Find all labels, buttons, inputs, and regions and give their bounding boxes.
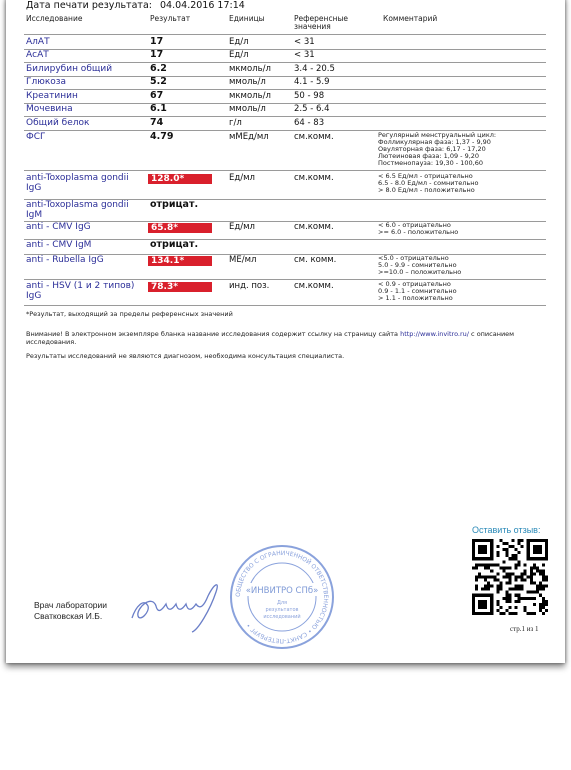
flagged-result: 78.3* (148, 282, 212, 292)
units-value: ммоль/л (229, 77, 266, 87)
comment-text: < 6.0 - отрицательно>= 6.0 - положительн… (378, 222, 458, 236)
comment-text: Регулярный менструальный цикл:Фолликуляр… (378, 132, 496, 167)
table-row: anti-Toxoplasma gondii IgMотрицат. (24, 200, 546, 222)
test-name-link[interactable]: АлАТ (26, 37, 146, 47)
row-divider (24, 305, 546, 306)
comment-text: < 6.5 Ед/мл - отрицательно6.5 - 8.0 Ед/м… (378, 173, 478, 194)
result-value: 74 (150, 118, 163, 128)
units-value: Ед/мл (229, 222, 255, 232)
test-name-link[interactable]: anti - CMV IgG (26, 222, 146, 232)
test-name-link[interactable]: Билирубин общий (26, 64, 146, 74)
reference-value: см.комм. (294, 173, 334, 183)
reference-value: см.комм. (294, 222, 334, 232)
row-divider (24, 279, 546, 280)
row-divider (24, 116, 546, 117)
test-name-link[interactable]: ФСГ (26, 132, 146, 142)
leave-review-label: Оставить отзыв: (472, 525, 540, 535)
units-value: мМЕд/мл (229, 132, 269, 142)
comment-line: Постменопауза: 19,30 - 100,60 (378, 160, 496, 167)
lab-report-sheet: Дата печати результата: 04.04.2016 17:14… (6, 0, 565, 663)
comment-line: >=10.0 – положительно (378, 269, 461, 276)
result-value: 4.79 (150, 132, 173, 142)
svg-text:Для: Для (277, 600, 287, 606)
svg-text:исследований: исследований (263, 613, 300, 620)
row-divider (24, 170, 546, 171)
result-value: отрицат. (150, 200, 198, 210)
doctor-signature-block: Врач лаборатории Сватковская И.Б. (34, 600, 107, 622)
result-value: отрицат. (150, 240, 198, 250)
result-value: 6.2 (150, 64, 167, 74)
units-value: Ед/л (229, 50, 249, 60)
qr-code-icon[interactable] (472, 539, 548, 615)
comment-text: < 0.9 - отрицательно0.9 - 1.1 - сомнител… (378, 281, 457, 302)
comment-line: >= 6.0 - положительно (378, 229, 458, 236)
print-date-value: 04.04.2016 17:14 (160, 0, 245, 11)
warning-note: Внимание! В электронном экземпляре бланк… (26, 330, 536, 346)
table-row: anti - CMV IgG65.8*Ед/млсм.комм.< 6.0 - … (24, 222, 546, 240)
row-divider (24, 89, 546, 90)
reference-value: см.комм. (294, 281, 334, 291)
table-row: ФСГ4.79мМЕд/млсм.комм.Регулярный менстру… (24, 132, 546, 171)
reference-value: 3.4 - 20.5 (294, 64, 335, 74)
test-name-link[interactable]: Общий белок (26, 118, 146, 128)
result-value: 17 (150, 50, 163, 60)
row-divider (24, 62, 546, 63)
units-value: Ед/л (229, 37, 249, 47)
result-value: 17 (150, 37, 163, 47)
test-name-link[interactable]: anti - HSV (1 и 2 типов) IgG (26, 281, 146, 301)
header-divider (24, 34, 546, 35)
reference-value: 50 - 98 (294, 91, 324, 101)
result-value: 5.2 (150, 77, 167, 87)
reference-value: 4.1 - 5.9 (294, 77, 330, 87)
column-header-reference: Референсные значения (294, 15, 364, 31)
units-value: ммоль/л (229, 104, 266, 114)
result-value: 67 (150, 91, 163, 101)
svg-text:«ИНВИТРО СПб»: «ИНВИТРО СПб» (246, 586, 319, 596)
handwritten-signature (126, 576, 226, 636)
doctor-role: Врач лаборатории (34, 600, 107, 611)
comment-line: > 1.1 - положительно (378, 295, 457, 302)
reference-value: 2.5 - 6.4 (294, 104, 330, 114)
column-header-result: Результат (150, 15, 190, 23)
test-name-link[interactable]: Глюкоза (26, 77, 146, 87)
table-row: anti - Rubella IgG134.1*МЕ/млсм. комм.<5… (24, 255, 546, 280)
footnote: *Результат, выходящий за пределы референ… (26, 310, 233, 318)
svg-text:ОБЩЕСТВО С ОГРАНИЧЕННОЙ ОТВЕТС: ОБЩЕСТВО С ОГРАНИЧЕННОЙ ОТВЕТСТВЕННОСТЬЮ… (235, 550, 329, 644)
print-date-label: Дата печати результата: (26, 0, 152, 11)
column-header-test: Исследование (26, 15, 82, 23)
test-name-link[interactable]: anti - CMV IgM (26, 240, 146, 250)
units-value: МЕ/мл (229, 255, 256, 265)
reference-value: < 31 (294, 37, 315, 47)
reference-value: см.комм. (294, 132, 334, 142)
test-name-link[interactable]: Креатинин (26, 91, 146, 101)
units-value: мкмоль/л (229, 64, 271, 74)
comment-line: > 8.0 Ед/мл - положительно (378, 187, 478, 194)
test-name-link[interactable]: anti - Rubella IgG (26, 255, 146, 265)
warning-text: Внимание! В электронном экземпляре бланк… (26, 330, 400, 338)
units-value: мкмоль/л (229, 91, 271, 101)
column-header-units: Единицы (229, 15, 265, 23)
table-row: anti - HSV (1 и 2 типов) IgG78.3*инд. по… (24, 281, 546, 306)
units-value: г/л (229, 118, 242, 128)
invitro-link[interactable]: http://www.invitro.ru/ (400, 330, 469, 338)
doctor-name: Сватковская И.Б. (34, 611, 107, 622)
test-name-link[interactable]: АсАТ (26, 50, 146, 60)
flagged-result: 128.0* (148, 174, 212, 184)
page-number: стр.1 из 1 (510, 625, 539, 633)
test-name-link[interactable]: Мочевина (26, 104, 146, 114)
reference-value: < 31 (294, 50, 315, 60)
table-row: anti - CMV IgMотрицат. (24, 240, 546, 255)
comment-text: <5.0 - отрицательно5.0 - 9.9 - сомнитель… (378, 255, 461, 276)
test-name-link[interactable]: anti-Toxoplasma gondii IgG (26, 173, 146, 193)
svg-text:результатов: результатов (266, 607, 299, 613)
disclaimer: Результаты исследований не являются диаг… (26, 352, 344, 360)
flagged-result: 134.1* (148, 256, 212, 266)
flagged-result: 65.8* (148, 223, 212, 233)
units-value: инд. поз. (229, 281, 269, 291)
test-name-link[interactable]: anti-Toxoplasma gondii IgM (26, 200, 146, 220)
result-value: 6.1 (150, 104, 167, 114)
stamp-seal: ОБЩЕСТВО С ОГРАНИЧЕННОЙ ОТВЕТСТВЕННОСТЬЮ… (228, 543, 336, 651)
units-value: Ед/мл (229, 173, 255, 183)
column-header-comment: Комментарий (383, 15, 437, 23)
reference-value: 64 - 83 (294, 118, 324, 128)
table-row: anti-Toxoplasma gondii IgG128.0*Ед/млсм.… (24, 173, 546, 200)
reference-value: см. комм. (294, 255, 336, 265)
